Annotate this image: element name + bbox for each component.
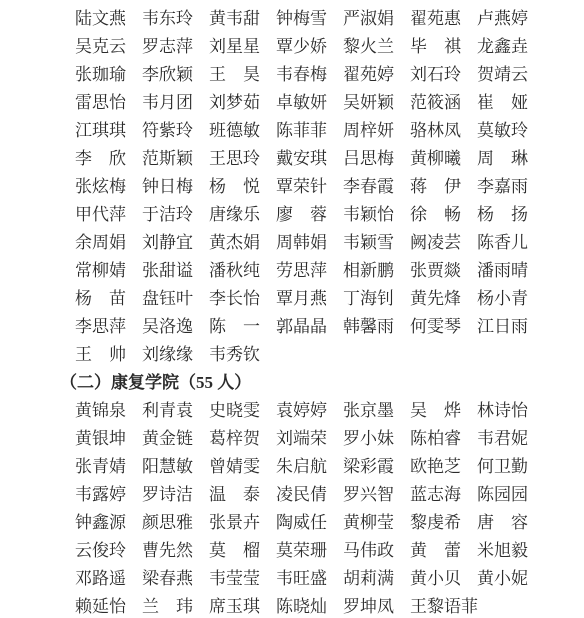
name-row: 甲代萍于洁玲唐缘乐廖 蓉韦颖怡徐 畅杨 扬	[75, 201, 584, 229]
person-name: 席玉琪	[209, 593, 260, 618]
person-name: 潘秋纯	[209, 257, 260, 285]
person-name: 于洁玲	[142, 201, 193, 229]
person-name: 杨 苗	[75, 285, 126, 313]
person-name: 江日雨	[477, 313, 528, 341]
name-row: 雷思怡韦月团刘梦茹卓敏妍吴妍颖范筱涵崔 娅	[75, 89, 584, 117]
person-name: 李春霞	[343, 173, 394, 201]
person-name: 蓝志海	[410, 481, 461, 509]
person-name: 陈菲菲	[276, 117, 327, 145]
person-name: 范筱涵	[410, 89, 461, 117]
name-row: 余周娟刘静宜黄杰娟周韩娟韦颖雪阙凌芸陈香儿	[75, 229, 584, 257]
name-row: 陆文燕韦东玲黄韦甜钟梅雪严淑娟翟苑惠卢燕婷	[75, 5, 584, 33]
person-name: 兰 玮	[142, 593, 193, 618]
person-name: 罗兴智	[343, 481, 394, 509]
person-name: 曾婧雯	[209, 453, 260, 481]
person-name: 严淑娟	[343, 5, 394, 33]
person-name: 覃少娇	[276, 33, 327, 61]
person-name: 班德敏	[209, 117, 260, 145]
person-name: 刘石玲	[410, 61, 461, 89]
person-name: 张甜谥	[142, 257, 193, 285]
person-name: 黄小贝	[410, 565, 461, 593]
person-name: 张珈瑜	[75, 61, 126, 89]
person-name: 毕 祺	[410, 33, 461, 61]
person-name: 吴妍颖	[343, 89, 394, 117]
person-name: 钟鑫源	[75, 509, 126, 537]
person-name: 韦春梅	[276, 61, 327, 89]
name-row: 邓路遥梁春燕韦莹莹韦旺盛胡莉满黄小贝黄小妮	[75, 565, 584, 593]
person-name: 梁春燕	[142, 565, 193, 593]
person-name: 钟梅雪	[276, 5, 327, 33]
person-name: 颜思雅	[142, 509, 193, 537]
person-name: 李欣颖	[142, 61, 193, 89]
person-name: 黎火兰	[343, 33, 394, 61]
roster-document: 陆文燕韦东玲黄韦甜钟梅雪严淑娟翟苑惠卢燕婷吴克云罗志萍刘星星覃少娇黎火兰毕 祺龙…	[0, 0, 584, 618]
person-name: 李思萍	[75, 313, 126, 341]
person-name: 江琪琪	[75, 117, 126, 145]
person-name: 唐 容	[477, 509, 528, 537]
person-name: 阳慧敏	[142, 453, 193, 481]
person-name: 李 欣	[75, 145, 126, 173]
person-name: 丁海钊	[343, 285, 394, 313]
person-name: 黄锦泉	[75, 397, 126, 425]
person-name: 李嘉雨	[477, 173, 528, 201]
person-name: 符紫玲	[142, 117, 193, 145]
person-name: 黄柳莹	[343, 509, 394, 537]
person-name: 莫荣珊	[276, 537, 327, 565]
person-name: 韦月团	[142, 89, 193, 117]
person-name: 袁婷婷	[276, 397, 327, 425]
person-name: 杨小青	[477, 285, 528, 313]
person-name: 王 昊	[209, 61, 260, 89]
person-name: 徐 畅	[410, 201, 461, 229]
person-name: 廖 蓉	[276, 201, 327, 229]
person-name: 温 泰	[209, 481, 260, 509]
person-name: 刘静宜	[142, 229, 193, 257]
person-name: 张京墨	[343, 397, 394, 425]
person-name: 周梓妍	[343, 117, 394, 145]
name-row: 李思萍吴洛逸陈 一郭晶晶韩馨雨何雯琴江日雨	[75, 313, 584, 341]
person-name: 梁彩霞	[343, 453, 394, 481]
person-name: 陶威任	[276, 509, 327, 537]
name-row: 江琪琪符紫玲班德敏陈菲菲周梓妍骆林凤莫敏玲	[75, 117, 584, 145]
person-name: 罗志萍	[142, 33, 193, 61]
person-name: 米旭毅	[477, 537, 528, 565]
person-name: 覃荣针	[276, 173, 327, 201]
name-row: 常柳婧张甜谥潘秋纯劳思萍相新鹏张贾燚潘雨晴	[75, 257, 584, 285]
person-name: 龙鑫垚	[477, 33, 528, 61]
person-name: 曹先然	[142, 537, 193, 565]
person-name: 蒋 伊	[410, 173, 461, 201]
person-name: 唐缘乐	[209, 201, 260, 229]
person-name: 黄金链	[142, 425, 193, 453]
name-row: 张青婧阳慧敏曾婧雯朱启航梁彩霞欧艳芝何卫勤	[75, 453, 584, 481]
person-name: 何雯琴	[410, 313, 461, 341]
person-name: 吴 烨	[410, 397, 461, 425]
person-name: 韦颖怡	[343, 201, 394, 229]
person-name: 史晓雯	[209, 397, 260, 425]
person-name: 张贾燚	[410, 257, 461, 285]
person-name: 黎虔希	[410, 509, 461, 537]
person-name: 潘雨晴	[477, 257, 528, 285]
person-name: 吴洛逸	[142, 313, 193, 341]
person-name: 赖延怡	[75, 593, 126, 618]
person-name: 黄银坤	[75, 425, 126, 453]
person-name: 卢燕婷	[477, 5, 528, 33]
person-name: 马伟政	[343, 537, 394, 565]
person-name: 胡莉满	[343, 565, 394, 593]
person-name: 常柳婧	[75, 257, 126, 285]
person-name: 李长怡	[209, 285, 260, 313]
person-name: 韦东玲	[142, 5, 193, 33]
person-name: 王黎语菲	[410, 593, 478, 618]
person-name: 刘端荣	[276, 425, 327, 453]
person-name: 甲代萍	[75, 201, 126, 229]
person-name: 周 琳	[477, 145, 528, 173]
person-name: 陈柏睿	[410, 425, 461, 453]
person-name: 阙凌芸	[410, 229, 461, 257]
person-name: 刘缘缘	[142, 341, 193, 369]
name-row: 张炫梅钟日梅杨 悦覃荣针李春霞蒋 伊李嘉雨	[75, 173, 584, 201]
person-name: 韦露婷	[75, 481, 126, 509]
person-name: 莫敏玲	[477, 117, 528, 145]
person-name: 郭晶晶	[276, 313, 327, 341]
person-name: 翟苑婷	[343, 61, 394, 89]
name-row: 杨 苗盘钰叶李长怡覃月燕丁海钊黄先烽杨小青	[75, 285, 584, 313]
person-name: 朱启航	[276, 453, 327, 481]
person-name: 韦莹莹	[209, 565, 260, 593]
person-name: 王思玲	[209, 145, 260, 173]
person-name: 余周娟	[75, 229, 126, 257]
person-name: 雷思怡	[75, 89, 126, 117]
person-name: 刘星星	[209, 33, 260, 61]
person-name: 钟日梅	[142, 173, 193, 201]
name-row: 黄银坤黄金链葛梓贺刘端荣罗小妹陈柏睿韦君妮	[75, 425, 584, 453]
person-name: 欧艳芝	[410, 453, 461, 481]
person-name: 罗坤凤	[343, 593, 394, 618]
name-row: 黄锦泉利青袁史晓雯袁婷婷张京墨吴 烨林诗怡	[75, 397, 584, 425]
person-name: 陆文燕	[75, 5, 126, 33]
person-name: 崔 娅	[477, 89, 528, 117]
person-name: 戴安琪	[276, 145, 327, 173]
person-name: 陈园园	[477, 481, 528, 509]
name-row: 吴克云罗志萍刘星星覃少娇黎火兰毕 祺龙鑫垚	[75, 33, 584, 61]
person-name: 骆林凤	[410, 117, 461, 145]
person-name: 凌民倩	[276, 481, 327, 509]
person-name: 罗诗洁	[142, 481, 193, 509]
person-name: 吕思梅	[343, 145, 394, 173]
person-name: 周韩娟	[276, 229, 327, 257]
person-name: 黄柳曦	[410, 145, 461, 173]
person-name: 吴克云	[75, 33, 126, 61]
person-name: 罗小妹	[343, 425, 394, 453]
name-row: 云俊玲曹先然莫 榴莫荣珊马伟政黄 蕾米旭毅	[75, 537, 584, 565]
person-name: 黄 蕾	[410, 537, 461, 565]
name-row: 李 欣范斯颖王思玲戴安琪吕思梅黄柳曦周 琳	[75, 145, 584, 173]
person-name: 邓路遥	[75, 565, 126, 593]
name-row: 韦露婷罗诗洁温 泰凌民倩罗兴智蓝志海陈园园	[75, 481, 584, 509]
person-name: 张青婧	[75, 453, 126, 481]
person-name: 贺靖云	[477, 61, 528, 89]
person-name: 王 帅	[75, 341, 126, 369]
person-name: 张炫梅	[75, 173, 126, 201]
section-heading: （二）康复学院（55 人）	[60, 369, 584, 397]
person-name: 葛梓贺	[209, 425, 260, 453]
person-name: 刘梦茹	[209, 89, 260, 117]
person-name: 黄先烽	[410, 285, 461, 313]
name-row: 王 帅刘缘缘韦秀钦	[75, 341, 584, 369]
person-name: 莫 榴	[209, 537, 260, 565]
name-row: 钟鑫源颜思雅张景卉陶威任黄柳莹黎虔希唐 容	[75, 509, 584, 537]
person-name: 云俊玲	[75, 537, 126, 565]
person-name: 陈香儿	[477, 229, 528, 257]
person-name: 林诗怡	[477, 397, 528, 425]
college-section-1: 陆文燕韦东玲黄韦甜钟梅雪严淑娟翟苑惠卢燕婷吴克云罗志萍刘星星覃少娇黎火兰毕 祺龙…	[75, 5, 584, 369]
person-name: 利青袁	[142, 397, 193, 425]
person-name: 盘钰叶	[142, 285, 193, 313]
person-name: 韦君妮	[477, 425, 528, 453]
person-name: 韦秀钦	[209, 341, 260, 369]
person-name: 劳思萍	[276, 257, 327, 285]
person-name: 相新鹏	[343, 257, 394, 285]
person-name: 陈 一	[209, 313, 260, 341]
name-row: 赖延怡兰 玮席玉琪陈晓灿罗坤凤王黎语菲	[75, 593, 584, 618]
person-name: 黄杰娟	[209, 229, 260, 257]
college-section-2: （二）康复学院（55 人）黄锦泉利青袁史晓雯袁婷婷张京墨吴 烨林诗怡黄银坤黄金链…	[75, 369, 584, 618]
person-name: 何卫勤	[477, 453, 528, 481]
person-name: 杨 悦	[209, 173, 260, 201]
person-name: 陈晓灿	[276, 593, 327, 618]
person-name: 卓敏妍	[276, 89, 327, 117]
person-name: 黄小妮	[477, 565, 528, 593]
person-name: 覃月燕	[276, 285, 327, 313]
name-row: 张珈瑜李欣颖王 昊韦春梅翟苑婷刘石玲贺靖云	[75, 61, 584, 89]
person-name: 韩馨雨	[343, 313, 394, 341]
person-name: 杨 扬	[477, 201, 528, 229]
person-name: 韦旺盛	[276, 565, 327, 593]
person-name: 韦颖雪	[343, 229, 394, 257]
person-name: 翟苑惠	[410, 5, 461, 33]
person-name: 张景卉	[209, 509, 260, 537]
person-name: 范斯颖	[142, 145, 193, 173]
person-name: 黄韦甜	[209, 5, 260, 33]
